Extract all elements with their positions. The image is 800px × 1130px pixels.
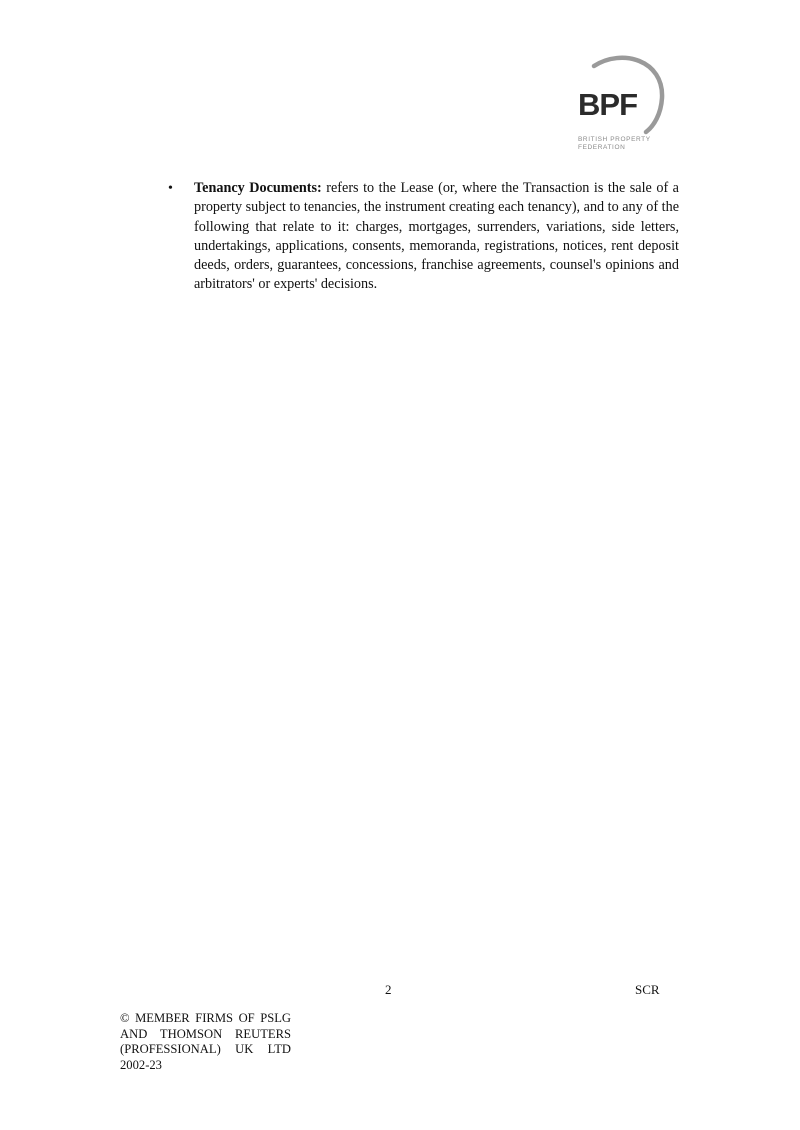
bullet-icon: •: [168, 179, 173, 198]
document-code: SCR: [635, 982, 660, 998]
logo-mark: BPF: [578, 89, 637, 120]
copyright-line: (PROFESSIONAL) UK LTD: [120, 1042, 291, 1058]
definition-body: refers to the Lease (or, where the Trans…: [194, 180, 679, 292]
definition-term: Tenancy Documents:: [194, 180, 322, 196]
logo-subtitle: British Property Federation: [578, 136, 668, 152]
logo-subtitle-line2: Federation: [578, 144, 668, 152]
logo-subtitle-line1: British Property: [578, 136, 668, 144]
copyright-line: AND THOMSON REUTERS: [120, 1027, 291, 1043]
copyright-notice: © MEMBER FIRMS OF PSLG AND THOMSON REUTE…: [120, 1011, 291, 1073]
page-number: 2: [385, 982, 392, 998]
definition-text: Tenancy Documents: refers to the Lease (…: [194, 179, 679, 295]
copyright-line: 2002-23: [120, 1058, 291, 1074]
bpf-logo: BPF British Property Federation: [572, 52, 672, 157]
copyright-line: © MEMBER FIRMS OF PSLG: [120, 1011, 291, 1027]
document-page: BPF British Property Federation • Tenanc…: [0, 0, 800, 1130]
